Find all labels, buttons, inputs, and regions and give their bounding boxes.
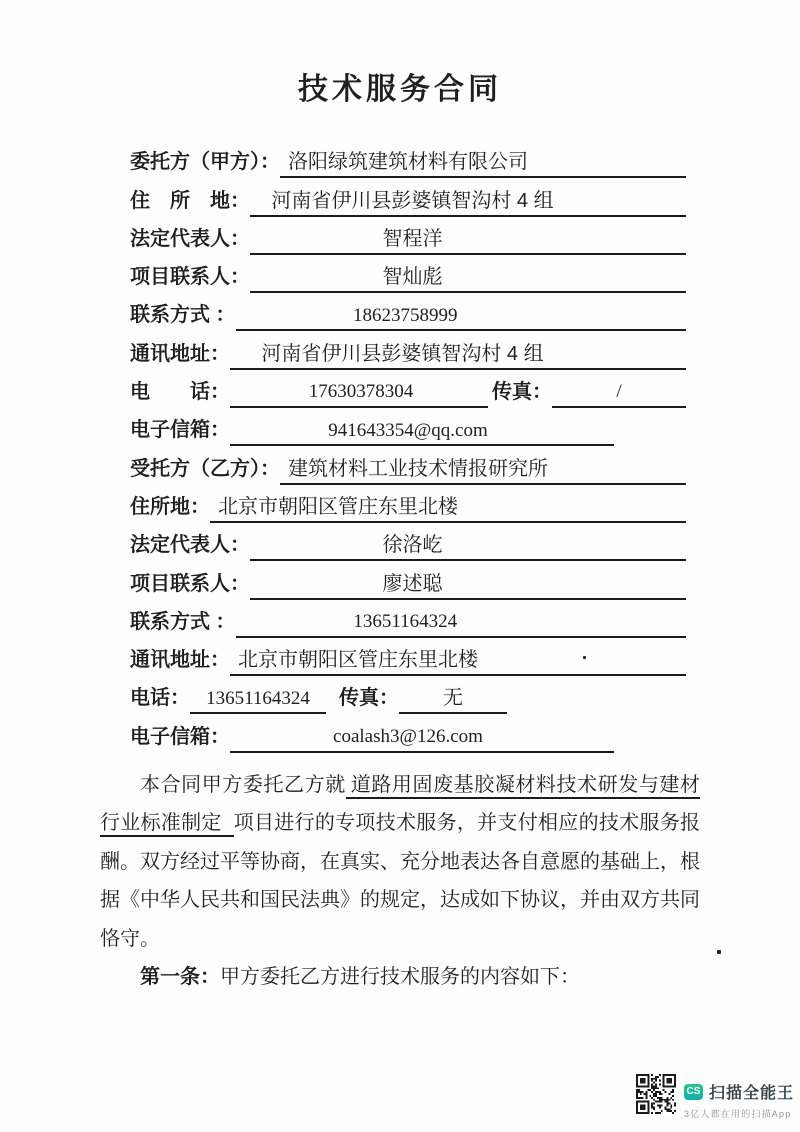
clause-1: 第一条：甲方委托乙方进行技术服务的内容如下： [100,958,740,996]
clause-1-text: 甲方委托乙方进行技术服务的内容如下： [220,966,580,988]
field-value: 13651164324 [190,688,326,715]
field-row: 联系方式 ：18623758999 [130,293,686,331]
field-row: 电话：13651164324传真：无 [130,676,686,714]
field-label: 电话： [130,681,190,714]
contract-intro: 本合同甲方委托乙方就道路用固废基胶凝材料技术研发与建材 行业标准制定项目进行的专… [100,766,700,958]
field-value: 智灿彪 [250,265,686,293]
field-label: 电子信箱： [130,413,230,446]
intro-line: 酬。双方经过平等协商，在真实、充分地表达各自意愿的基础上，根 [100,843,700,881]
watermark-text-block: CS 扫描全能王 3亿人都在用的扫描App [684,1074,794,1120]
field-value: 徐洛屹 [250,533,686,561]
field-label: 住 所 地： [130,184,250,217]
field-row: 电 话：17630378304传真：/ [130,370,686,408]
field-row: 委托方（甲方）：洛阳绿筑建筑材料有限公司 [130,140,686,178]
field-value: 北京市朝阳区管庄东里北楼 [210,495,686,523]
contract-page: 技术服务合同 委托方（甲方）：洛阳绿筑建筑材料有限公司住 所 地：河南省伊川县彭… [0,0,800,1132]
intro-line: 恪守。 [100,920,700,958]
field-row: 住所地：北京市朝阳区管庄东里北楼 [130,485,686,523]
field-label: 法定代表人： [130,222,250,255]
field-label: 通讯地址： [130,643,230,676]
field-value: 河南省伊川县彭婆镇智沟村 4 组 [250,189,686,217]
camscanner-watermark: CS 扫描全能王 3亿人都在用的扫描App [636,1074,794,1120]
field-label: 传真： [339,681,399,714]
field-label: 联系方式 ： [130,298,236,331]
field-value: 18623758999 [236,305,686,332]
field-label: 传真： [492,375,552,408]
field-row: 通讯地址：北京市朝阳区管庄东里北楼 [130,638,686,676]
field-row: 通讯地址：河南省伊川县彭婆镇智沟村 4 组 [130,331,686,369]
field-value: coalash3@126.com [230,726,614,753]
field-value: 无 [399,686,507,714]
field-label: 项目联系人： [130,260,250,293]
watermark-app-name: 扫描全能王 [709,1080,794,1103]
fields-section: 委托方（甲方）：洛阳绿筑建筑材料有限公司住 所 地：河南省伊川县彭婆镇智沟村 4… [130,140,686,753]
field-value: 河南省伊川县彭婆镇智沟村 4 组 [230,342,686,370]
field-label: 住所地： [130,490,210,523]
camscanner-logo-icon: CS [684,1084,703,1100]
field-label: 项目联系人： [130,567,250,600]
field-value: 941643354@qq.com [230,420,614,447]
field-value: 智程洋 [250,227,686,255]
field-value: 建筑材料工业技术情报研究所 [280,457,686,485]
field-label: 受托方（乙方）： [130,452,280,485]
field-row: 联系方式 ：13651164324 [130,600,686,638]
field-row: 住 所 地：河南省伊川县彭婆镇智沟村 4 组 [130,178,686,216]
watermark-tagline: 3亿人都在用的扫描App [684,1107,794,1120]
project-name-underlined: 行业标准制定 [100,812,234,837]
field-value: 廖述聪 [250,572,686,600]
field-row: 法定代表人：智程洋 [130,217,686,255]
field-label: 通讯地址： [130,337,230,370]
project-name-underlined: 道路用固废基胶凝材料技术研发与建材 [346,774,700,799]
intro-text: 本合同甲方委托乙方就 [140,774,346,796]
field-label: 电 话： [130,375,230,408]
field-value: 13651164324 [236,611,686,638]
field-label: 电子信箱： [130,720,230,753]
field-row: 项目联系人：廖述聪 [130,561,686,599]
field-value: 17630378304 [230,381,488,408]
field-row: 法定代表人：徐洛屹 [130,523,686,561]
field-label: 委托方（甲方）： [130,145,280,178]
clause-1-label: 第一条： [140,966,220,988]
field-label: 法定代表人： [130,528,250,561]
field-value: 北京市朝阳区管庄东里北楼 [230,648,686,676]
field-row: 电子信箱：941643354@qq.com [130,408,686,446]
qr-code [636,1074,676,1114]
scan-artifact-dot [583,656,586,659]
field-value: 洛阳绿筑建筑材料有限公司 [280,150,686,178]
intro-line: 本合同甲方委托乙方就道路用固废基胶凝材料技术研发与建材 [100,766,700,804]
field-value: / [552,381,686,408]
field-row: 电子信箱：coalash3@126.com [130,714,686,752]
intro-line: 据《中华人民共和国民法典》的规定，达成如下协议，并由双方共同 [100,881,700,919]
intro-text: 项目进行的专项技术服务，并支付相应的技术服务报 [234,812,700,834]
page-title: 技术服务合同 [0,64,800,108]
intro-line: 行业标准制定项目进行的专项技术服务，并支付相应的技术服务报 [100,804,700,842]
field-label: 联系方式 ： [130,605,236,638]
field-row: 项目联系人：智灿彪 [130,255,686,293]
field-row: 受托方（乙方）：建筑材料工业技术情报研究所 [130,446,686,484]
scan-artifact-dot [717,950,721,954]
